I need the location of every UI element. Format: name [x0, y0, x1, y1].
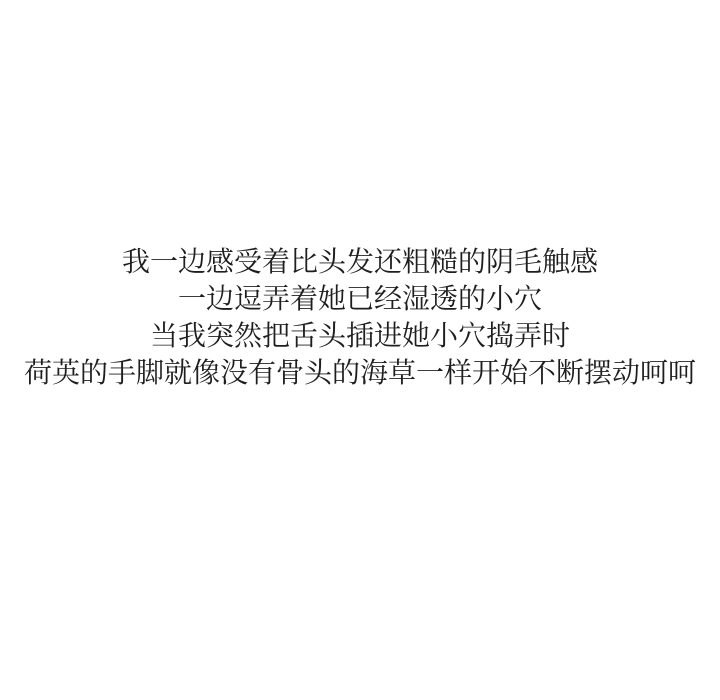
caption-line: 当我突然把舌头插进她小穴捣弄时	[0, 317, 720, 354]
caption-line: 荷英的手脚就像没有骨头的海草一样开始不断摆动呵呵	[0, 354, 720, 391]
caption-line: 我一边感受着比头发还粗糙的阴毛触感	[0, 243, 720, 280]
caption-line: 一边逗弄着她已经湿透的小穴	[0, 280, 720, 317]
caption-text-block: 我一边感受着比头发还粗糙的阴毛触感 一边逗弄着她已经湿透的小穴 当我突然把舌头插…	[0, 0, 720, 391]
